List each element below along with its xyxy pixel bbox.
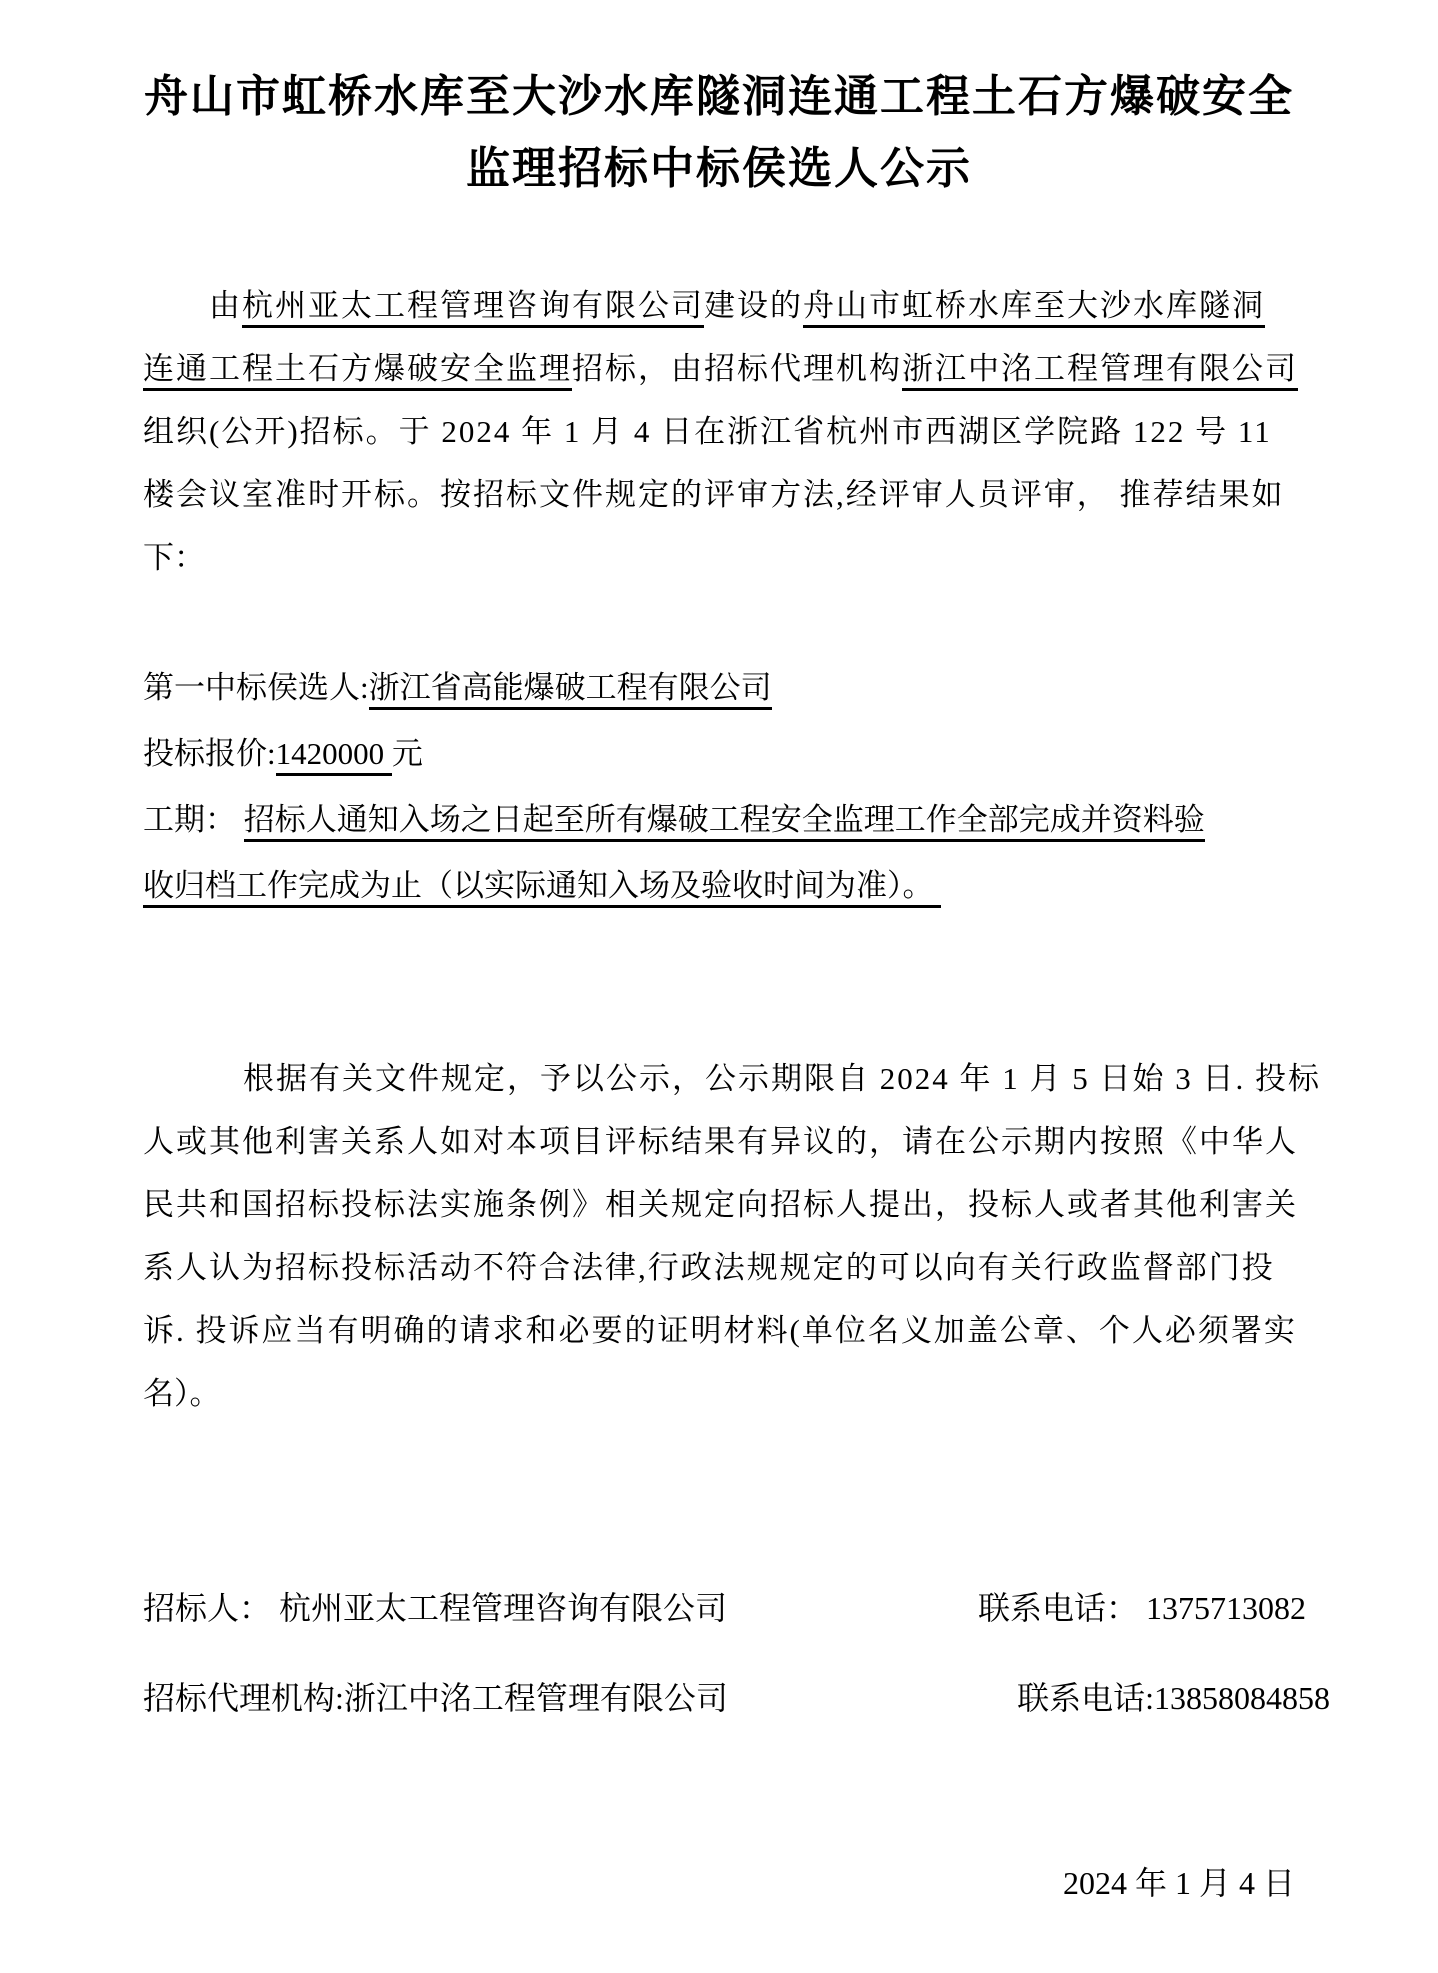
- winner-line: 第一中标侯选人:浙江省高能爆破工程有限公司: [143, 655, 1295, 721]
- price-line: 投标报价:1420000 元: [143, 721, 1295, 787]
- title-line-1: 舟山市虹桥水库至大沙水库隧洞连通工程土石方爆破安全: [0, 61, 1438, 133]
- notice-line-3: 民共和国招标投标法实施条例》相关规定向招标人提出，投标人或者其他利害关: [143, 1173, 1295, 1236]
- intro-paragraph: 由杭州亚太工程管理咨询有限公司建设的舟山市虹桥水库至大沙水库隧洞 连通工程土石方…: [143, 274, 1295, 589]
- text-segment: 建设的: [704, 288, 803, 323]
- notice-line-5: 诉. 投诉应当有明确的请求和必要的证明材料(单位名义加盖公章、个人必须署实: [143, 1299, 1295, 1362]
- underlined-project-name: 舟山市虹桥水库至大沙水库隧洞: [803, 288, 1265, 328]
- text-segment: 下：: [143, 540, 205, 575]
- text-segment: 招标，由招标代理机构: [572, 351, 902, 386]
- intro-line-5: 下：: [143, 526, 1295, 589]
- document-date: 2024 年 1 月 4 日: [143, 1852, 1295, 1915]
- agency-phone: 联系电话:13858084858: [1017, 1667, 1330, 1730]
- winner-label: 第一中标侯选人:: [143, 670, 369, 705]
- notice-line-4: 系人认为招标投标活动不符合法律,行政法规规定的可以向有关行政监督部门投: [143, 1236, 1295, 1299]
- agency-name: 招标代理机构:浙江中洺工程管理有限公司: [143, 1667, 728, 1730]
- duration-label: 工期：: [143, 802, 244, 837]
- underlined-winner-company: 浙江省高能爆破工程有限公司: [369, 670, 772, 710]
- underlined-tenderer-name: 杭州亚太工程管理咨询有限公司: [242, 288, 704, 328]
- intro-line-1: 由杭州亚太工程管理咨询有限公司建设的舟山市虹桥水库至大沙水库隧洞: [143, 274, 1295, 337]
- text-segment: 楼会议室准时开标。按招标文件规定的评审方法,经评审人员评审， 推荐结果如: [143, 477, 1285, 512]
- underlined-price-value: 1420000: [276, 736, 392, 776]
- intro-line-3: 组织(公开)招标。于 2024 年 1 月 4 日在浙江省杭州市西湖区学院路 1…: [143, 400, 1295, 463]
- underlined-agency-name: 浙江中洺工程管理有限公司: [902, 351, 1298, 391]
- price-label: 投标报价:: [143, 736, 276, 771]
- document-page: 舟山市虹桥水库至大沙水库隧洞连通工程土石方爆破安全 监理招标中标侯选人公示 由杭…: [0, 0, 1438, 1973]
- bid-results-section: 第一中标侯选人:浙江省高能爆破工程有限公司 投标报价:1420000 元 工期：…: [143, 655, 1295, 919]
- footer-row-tenderer: 招标人： 杭州亚太工程管理咨询有限公司 联系电话： 1375713082: [143, 1577, 1306, 1640]
- price-unit: 元: [392, 736, 423, 771]
- public-notice-paragraph: 根据有关文件规定，予以公示，公示期限自 2024 年 1 月 5 日始 3 日.…: [143, 1047, 1295, 1425]
- underlined-duration-text-cont: 收归档工作完成为止（以实际通知入场及验收时间为准）。: [143, 868, 941, 908]
- title-line-2: 监理招标中标侯选人公示: [0, 133, 1438, 205]
- notice-line-1: 根据有关文件规定，予以公示，公示期限自 2024 年 1 月 5 日始 3 日.…: [143, 1047, 1295, 1110]
- document-title: 舟山市虹桥水库至大沙水库隧洞连通工程土石方爆破安全 监理招标中标侯选人公示: [0, 61, 1438, 205]
- tenderer-phone: 联系电话： 1375713082: [978, 1577, 1306, 1640]
- underlined-project-name-cont: 连通工程土石方爆破安全监理: [143, 351, 572, 391]
- notice-line-6: 名）。: [143, 1362, 1295, 1425]
- underlined-duration-text: 招标人通知入场之日起至所有爆破工程安全监理工作全部完成并资料验: [244, 802, 1205, 842]
- footer-row-agency: 招标代理机构:浙江中洺工程管理有限公司 联系电话:13858084858: [143, 1667, 1330, 1730]
- text-segment: 组织(公开)招标。于 2024 年 1 月 4 日在浙江省杭州市西湖区学院路 1…: [143, 414, 1272, 449]
- duration-line-2: 收归档工作完成为止（以实际通知入场及验收时间为准）。: [143, 853, 1295, 919]
- duration-line-1: 工期： 招标人通知入场之日起至所有爆破工程安全监理工作全部完成并资料验: [143, 787, 1295, 853]
- notice-line-2: 人或其他利害关系人如对本项目评标结果有异议的，请在公示期内按照《中华人: [143, 1110, 1295, 1173]
- intro-line-2: 连通工程土石方爆破安全监理招标，由招标代理机构浙江中洺工程管理有限公司: [143, 337, 1295, 400]
- text-segment: 由: [209, 288, 242, 323]
- tenderer-name: 招标人： 杭州亚太工程管理咨询有限公司: [143, 1577, 727, 1640]
- intro-line-4: 楼会议室准时开标。按招标文件规定的评审方法,经评审人员评审， 推荐结果如: [143, 463, 1295, 526]
